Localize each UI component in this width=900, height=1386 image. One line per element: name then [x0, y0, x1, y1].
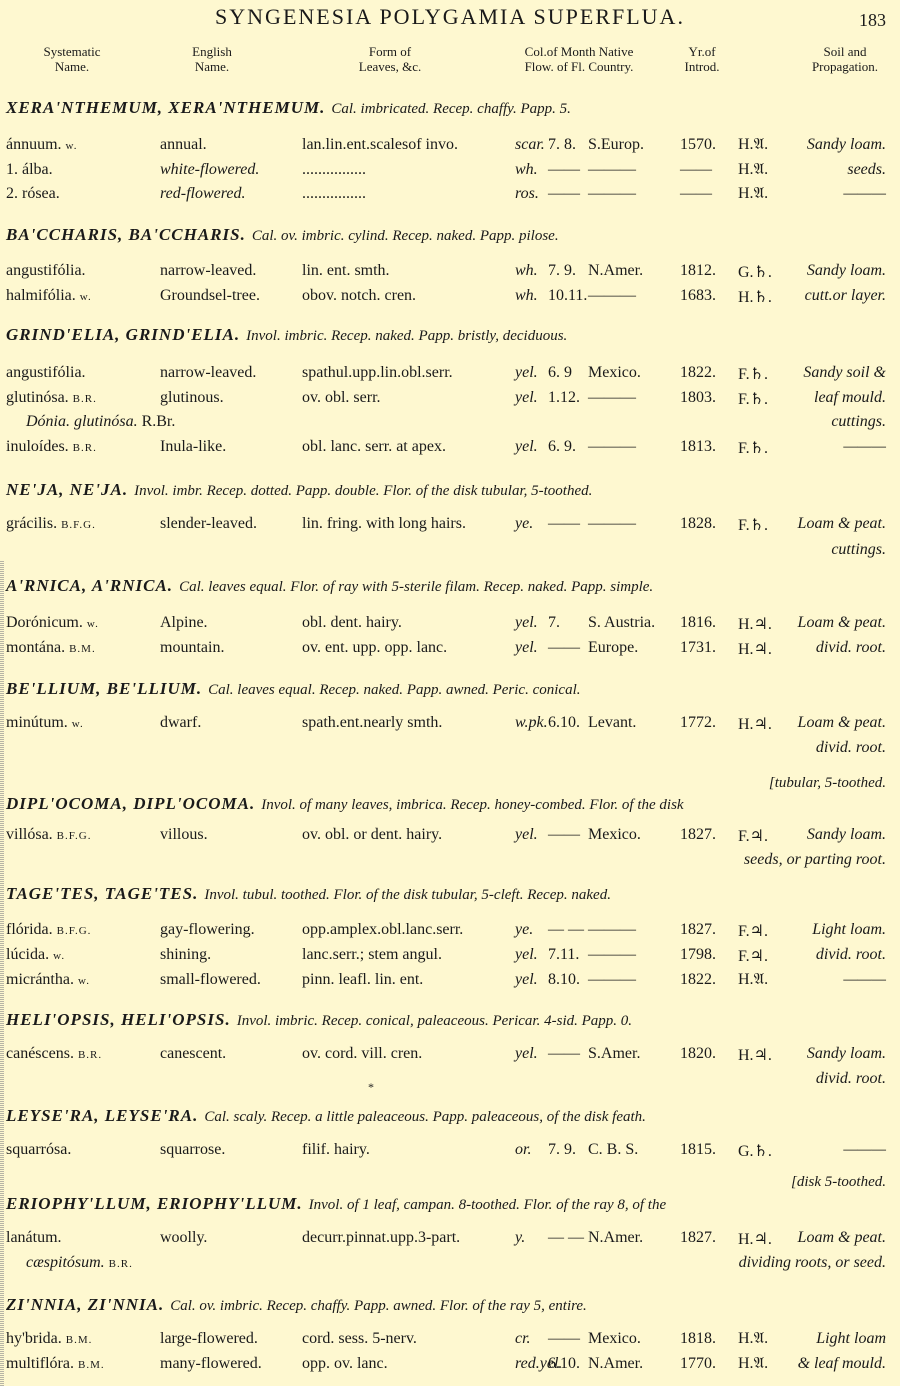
species-row: 2. rósea.red-flowered.................ro… — [0, 185, 900, 207]
leaf-form: ov. cord. vill. cren. — [302, 1045, 422, 1063]
systematic-name: minútum. w. — [6, 714, 84, 732]
soil-propagation: Light loam — [816, 1330, 886, 1348]
habit-symbol-icon: 𝔄. — [754, 136, 769, 153]
habit-symbol-icon: ♃. — [750, 948, 768, 965]
genus-heading: TAGE'TES, TAGE'TES.Invol. tubul. toothed… — [6, 884, 611, 904]
native-country: ——— — [588, 161, 636, 179]
english-name: white-flowered. — [160, 161, 259, 179]
leaf-form: lin. fring. with long hairs. — [302, 515, 466, 533]
systematic-name: 2. rósea. — [6, 185, 60, 203]
soil-propagation: Light loam. — [812, 921, 886, 939]
habit-letter: H. — [738, 971, 754, 988]
authority: w. — [53, 950, 65, 962]
soil-propagation: divid. root. — [816, 739, 886, 757]
native-country: N.Amer. — [588, 262, 643, 280]
english-name: woolly. — [160, 1229, 207, 1247]
soil-propagation: Loam & peat. — [798, 515, 886, 533]
soil-propagation: Sandy loam. — [807, 136, 886, 154]
synonym-authority: B.R. — [109, 1258, 133, 1270]
genus-description: Cal. scaly. Recep. a little paleaceous. … — [204, 1109, 646, 1125]
flower-colour: w.pk. — [515, 714, 548, 732]
page-title: SYNGENESIA POLYGAMIA SUPERFLUA. — [0, 4, 900, 30]
species-name: micrántha. — [6, 971, 74, 988]
synonym-name: cæspitósum. — [26, 1254, 105, 1271]
soil-propagation: ——— — [843, 185, 886, 203]
habit-symbol-icon: ♃. — [750, 828, 768, 845]
flowering-month: —— — [548, 826, 580, 844]
habit: F.♃. — [738, 946, 768, 966]
genus-description: Cal. ov. imbric. cylind. Recep. naked. P… — [252, 228, 559, 244]
genus-name: LEYSE'RA, LEYSE'RA. — [6, 1106, 198, 1125]
systematic-name: glutinósa. B.R. — [6, 389, 97, 407]
species-row: inuloídes. B.R.Inula-like.obl. lanc. ser… — [0, 438, 900, 460]
year-introduced: 1828. — [680, 515, 716, 533]
column-header-year-introduced: Yr.of Introd. — [672, 44, 732, 74]
species-name: angustifólia. — [6, 262, 86, 279]
genus-heading: GRIND'ELIA, GRIND'ELIA.Invol. imbric. Re… — [6, 325, 567, 345]
systematic-name: hy'brida. B.M. — [6, 1330, 92, 1348]
english-name: annual. — [160, 136, 207, 154]
leaf-form: filif. hairy. — [302, 1141, 370, 1159]
genus-description: Invol. imbr. Recep. dotted. Papp. double… — [134, 483, 592, 499]
flowering-month: 7.11. — [548, 946, 579, 964]
native-country: ——— — [588, 287, 636, 305]
leaf-form: cord. sess. 5-nerv. — [302, 1330, 417, 1348]
habit: H.♃. — [738, 714, 772, 734]
flowering-month: —— — [548, 161, 580, 179]
habit: H.𝔄. — [738, 185, 768, 203]
genus-heading: BA'CCHARIS, BA'CCHARIS.Cal. ov. imbric. … — [6, 225, 559, 245]
header-line: Propagation. — [790, 59, 900, 74]
soil-propagation: Loam & peat. — [798, 714, 886, 732]
habit-symbol-icon: 𝔄. — [754, 971, 769, 988]
leaf-form: spathul.upp.lin.obl.serr. — [302, 364, 453, 382]
synonym: cæspitósum. B.R. — [26, 1254, 133, 1272]
systematic-name: multiflóra. B.M. — [6, 1355, 105, 1373]
species-row: halmifólia. w.Groundsel-tree.obov. notch… — [0, 287, 900, 309]
flower-colour: yel. — [515, 971, 538, 989]
flowering-month: 6.10. — [548, 1355, 580, 1373]
habit-letter: F. — [738, 366, 750, 383]
continuation-bracket: [disk 5-toothed. — [791, 1174, 886, 1191]
systematic-name: Dorónicum. w. — [6, 614, 99, 632]
page-number: 183 — [859, 10, 886, 31]
habit-letter: G. — [738, 1143, 754, 1160]
genus-heading: ZI'NNIA, ZI'NNIA.Cal. ov. imbric. Recep.… — [6, 1295, 587, 1315]
systematic-name: canéscens. B.R. — [6, 1045, 102, 1063]
habit-symbol-icon: 𝔄. — [754, 185, 769, 202]
column-header-colour-month-country: Col.of Month Native Flow. of Fl. Country… — [494, 44, 664, 74]
species-name: lúcida. — [6, 946, 49, 963]
habit-symbol-icon: ♄. — [750, 366, 768, 383]
authority: B.F.G. — [57, 830, 92, 842]
native-country: S. Austria. — [588, 614, 655, 632]
systematic-name: 1. álba. — [6, 161, 53, 179]
flower-colour: y. — [515, 1229, 525, 1247]
systematic-name: lúcida. w. — [6, 946, 65, 964]
systematic-name: squarrósa. — [6, 1141, 71, 1159]
flowering-month: —— — [548, 515, 580, 533]
species-name: multiflóra. — [6, 1355, 74, 1372]
soil-propagation: leaf mould. — [814, 389, 886, 407]
english-name: shining. — [160, 946, 211, 964]
soil-propagation: cutt.or layer. — [805, 287, 886, 305]
leaf-form: obl. dent. hairy. — [302, 614, 402, 632]
year-introduced: —— — [680, 185, 712, 203]
habit-letter: H. — [738, 616, 754, 633]
species-row: ánnuum. w.annual.lan.lin.ent.scalesof in… — [0, 136, 900, 158]
leaf-form: ................ — [302, 161, 366, 179]
flower-colour: scar. — [515, 136, 545, 154]
habit: H.♃. — [738, 1045, 772, 1065]
flowering-month: 1.12. — [548, 389, 580, 407]
english-name: glutinous. — [160, 389, 224, 407]
native-country: ——— — [588, 971, 636, 989]
species-row: lúcida. w.shining.lanc.serr.; stem angul… — [0, 946, 900, 968]
species-name: 2. rósea. — [6, 185, 60, 202]
soil-propagation: Sandy loam. — [807, 826, 886, 844]
habit: G.♄. — [738, 262, 772, 282]
native-country: ——— — [588, 515, 636, 533]
habit: H.♃. — [738, 614, 772, 634]
systematic-name: grácilis. B.F.G. — [6, 515, 96, 533]
soil-propagation: divid. root. — [816, 1070, 886, 1088]
genus-heading: ERIOPHY'LLUM, ERIOPHY'LLUM.Invol. of 1 l… — [6, 1194, 666, 1214]
flower-colour: ye. — [515, 515, 533, 533]
habit-letter: H. — [738, 1330, 754, 1347]
english-name: slender-leaved. — [160, 515, 257, 533]
species-row: divid. root. — [0, 739, 900, 761]
year-introduced: 1827. — [680, 921, 716, 939]
year-introduced: 1822. — [680, 971, 716, 989]
species-name: inuloídes. — [6, 438, 69, 455]
species-name: 1. álba. — [6, 161, 53, 178]
genus-heading: XERA'NTHEMUM, XERA'NTHEMUM.Cal. imbricat… — [6, 98, 571, 118]
english-name: Groundsel-tree. — [160, 287, 260, 305]
soil-propagation: seeds. — [847, 161, 886, 179]
year-introduced: 1731. — [680, 639, 716, 657]
systematic-name: lanátum. — [6, 1229, 62, 1247]
genus-name: DIPL'OCOMA, DIPL'OCOMA. — [6, 794, 255, 813]
habit: H.𝔄. — [738, 971, 768, 989]
english-name: dwarf. — [160, 714, 201, 732]
authority: B.R. — [73, 393, 97, 405]
synonym: Dónia. glutinósa. R.Br. — [26, 413, 175, 431]
native-country: ——— — [588, 946, 636, 964]
genus-name: NE'JA, NE'JA. — [6, 480, 128, 499]
systematic-name: montána. B.M. — [6, 639, 96, 657]
genus-heading: HELI'OPSIS, HELI'OPSIS.Invol. imbric. Re… — [6, 1010, 632, 1030]
genus-name: XERA'NTHEMUM, XERA'NTHEMUM. — [6, 98, 325, 117]
habit-letter: H. — [738, 1355, 754, 1372]
leaf-form: decurr.pinnat.upp.3-part. — [302, 1229, 460, 1247]
habit-letter: F. — [738, 517, 750, 534]
leaf-form: obov. notch. cren. — [302, 287, 416, 305]
habit-letter: H. — [738, 136, 754, 153]
native-country: Mexico. — [588, 1330, 641, 1348]
year-introduced: 1570. — [680, 136, 716, 154]
flower-colour: yel. — [515, 639, 538, 657]
flower-colour: yel. — [515, 364, 538, 382]
soil-propagation: ——— — [843, 971, 886, 989]
year-introduced: —— — [680, 161, 712, 179]
genus-description: Cal. leaves equal. Recep. naked. Papp. a… — [208, 682, 580, 698]
flower-colour: yel. — [515, 389, 538, 407]
flowering-month: —— — [548, 185, 580, 203]
synonym-authority: R.Br. — [142, 413, 176, 430]
authority: w. — [66, 140, 78, 152]
systematic-name: ánnuum. w. — [6, 136, 78, 154]
column-header-form-of-leaves: Form of Leaves, &c. — [335, 44, 445, 74]
authority: B.R. — [73, 442, 97, 454]
leaf-form: spath.ent.nearly smth. — [302, 714, 442, 732]
genus-name: BA'CCHARIS, BA'CCHARIS. — [6, 225, 246, 244]
soil-propagation: ——— — [843, 1141, 886, 1159]
habit-letter: H. — [738, 185, 754, 202]
english-name: Inula-like. — [160, 438, 226, 456]
english-name: canescent. — [160, 1045, 226, 1063]
systematic-name: angustifólia. — [6, 364, 86, 382]
habit-symbol-icon: ♄. — [750, 440, 768, 457]
year-introduced: 1812. — [680, 262, 716, 280]
habit-symbol-icon: ♃. — [754, 716, 772, 733]
year-introduced: 1827. — [680, 826, 716, 844]
header-line: Soil and — [790, 44, 900, 59]
systematic-name: villósa. B.F.G. — [6, 826, 91, 844]
habit-letter: H. — [738, 641, 754, 658]
flower-colour: yel. — [515, 614, 538, 632]
leaf-form: lan.lin.ent.scalesof invo. — [302, 136, 458, 154]
genus-heading: BE'LLIUM, BE'LLIUM.Cal. leaves equal. Re… — [6, 679, 581, 699]
flower-colour: ye. — [515, 921, 533, 939]
habit: H.𝔄. — [738, 1355, 768, 1373]
flowering-month: 7. 9. — [548, 1141, 576, 1159]
flowering-month: — — — [548, 1229, 584, 1247]
english-name: squarrose. — [160, 1141, 225, 1159]
flowering-month: 6. 9 — [548, 364, 572, 382]
habit: H.♄. — [738, 287, 772, 307]
printer-mark: * — [368, 1080, 374, 1095]
species-row: villósa. B.F.G.villous.ov. obl. or dent.… — [0, 826, 900, 848]
year-introduced: 1827. — [680, 1229, 716, 1247]
year-introduced: 1772. — [680, 714, 716, 732]
header-line: Yr.of — [672, 44, 732, 59]
habit: F.♄. — [738, 515, 768, 535]
soil-propagation: Sandy loam. — [807, 262, 886, 280]
habit-letter: G. — [738, 264, 754, 281]
leaf-form: ................ — [302, 185, 366, 203]
english-name: many-flowered. — [160, 1355, 262, 1373]
species-row: lanátum.woolly.decurr.pinnat.upp.3-part.… — [0, 1229, 900, 1251]
year-introduced: 1816. — [680, 614, 716, 632]
continuation-bracket: [tubular, 5-toothed. — [769, 775, 886, 792]
genus-name: GRIND'ELIA, GRIND'ELIA. — [6, 325, 240, 344]
leaf-form: pinn. leafl. lin. ent. — [302, 971, 423, 989]
soil-propagation: dividing roots, or seed. — [739, 1254, 886, 1272]
systematic-name: halmifólia. w. — [6, 287, 92, 305]
habit-symbol-icon: ♃. — [754, 641, 772, 658]
habit: H.♃. — [738, 639, 772, 659]
habit-letter: H. — [738, 1231, 754, 1248]
species-name: angustifólia. — [6, 364, 86, 381]
species-name: grácilis. — [6, 515, 57, 532]
native-country: C. B. S. — [588, 1141, 638, 1159]
year-introduced: 1813. — [680, 438, 716, 456]
genus-heading: NE'JA, NE'JA.Invol. imbr. Recep. dotted.… — [6, 480, 592, 500]
year-introduced: 1770. — [680, 1355, 716, 1373]
species-row: 1. álba.white-flowered.................w… — [0, 161, 900, 183]
flowering-month: 7. 8. — [548, 136, 576, 154]
genus-name: ZI'NNIA, ZI'NNIA. — [6, 1295, 164, 1314]
soil-propagation: cuttings. — [831, 413, 886, 431]
genus-heading: LEYSE'RA, LEYSE'RA.Cal. scaly. Recep. a … — [6, 1106, 646, 1126]
systematic-name: angustifólia. — [6, 262, 86, 280]
flower-colour: wh. — [515, 161, 538, 179]
genus-description: Invol. tubul. toothed. Flor. of the disk… — [204, 887, 611, 903]
soil-propagation: divid. root. — [816, 639, 886, 657]
authority: w. — [78, 975, 90, 987]
header-line: English — [162, 44, 262, 59]
native-country: Mexico. — [588, 826, 641, 844]
header-line: Systematic — [22, 44, 122, 59]
flower-colour: yel. — [515, 946, 538, 964]
flowering-month: 8.10. — [548, 971, 580, 989]
authority: B.M. — [69, 643, 96, 655]
habit-letter: F. — [738, 391, 750, 408]
header-line: Name. — [162, 59, 262, 74]
soil-propagation: cuttings. — [831, 541, 886, 559]
habit-symbol-icon: ♄. — [754, 1143, 772, 1160]
habit-symbol-icon: ♃. — [754, 616, 772, 633]
header-line: Form of — [335, 44, 445, 59]
genus-description: Invol. of 1 leaf, campan. 8-toothed. Flo… — [309, 1197, 666, 1213]
species-name: montána. — [6, 639, 65, 656]
flowering-month: 10.11. — [548, 287, 587, 305]
genus-heading: A'RNICA, A'RNICA.Cal. leaves equal. Flor… — [6, 576, 653, 596]
header-line: Col.of Month Native — [494, 44, 664, 59]
flowering-month: —— — [548, 639, 580, 657]
genus-name: ERIOPHY'LLUM, ERIOPHY'LLUM. — [6, 1194, 303, 1213]
soil-propagation: seeds, or parting root. — [744, 851, 886, 869]
habit-letter: F. — [738, 923, 750, 940]
species-row: montána. B.M.mountain.ov. ent. upp. opp.… — [0, 639, 900, 661]
native-country: S.Amer. — [588, 1045, 640, 1063]
flowering-month: 7. 9. — [548, 262, 576, 280]
soil-propagation: Sandy loam. — [807, 1045, 886, 1063]
native-country: ——— — [588, 389, 636, 407]
leaf-form: ov. ent. upp. opp. lanc. — [302, 639, 447, 657]
authority: w. — [72, 718, 84, 730]
leaf-form: lin. ent. smth. — [302, 262, 390, 280]
species-row: canéscens. B.R.canescent.ov. cord. vill.… — [0, 1045, 900, 1067]
habit-letter: F. — [738, 948, 750, 965]
year-introduced: 1683. — [680, 287, 716, 305]
habit: H.𝔄. — [738, 161, 768, 179]
habit-symbol-icon: ♃. — [754, 1047, 772, 1064]
column-header-english-name: English Name. — [162, 44, 262, 74]
flower-colour: or. — [515, 1141, 531, 1159]
flower-colour: yel. — [515, 438, 538, 456]
habit: F.♃. — [738, 826, 768, 846]
habit-symbol-icon: ♄. — [754, 289, 772, 306]
species-row: grácilis. B.F.G.slender-leaved.lin. frin… — [0, 515, 900, 537]
english-name: gay-flowering. — [160, 921, 255, 939]
native-country: Europe. — [588, 639, 638, 657]
flower-colour: yel. — [515, 826, 538, 844]
flowering-month: —— — [548, 1330, 580, 1348]
genus-description: Cal. ov. imbric. Recep. chaffy. Papp. aw… — [170, 1298, 587, 1314]
column-header-systematic-name: Systematic Name. — [22, 44, 122, 74]
leaf-form: opp.amplex.obl.lanc.serr. — [302, 921, 463, 939]
habit: G.♄. — [738, 1141, 772, 1161]
flower-colour: wh. — [515, 287, 538, 305]
native-country: Levant. — [588, 714, 636, 732]
species-name: glutinósa. — [6, 389, 69, 406]
authority: w. — [87, 618, 99, 630]
species-row: Dorónicum. w.Alpine.obl. dent. hairy.yel… — [0, 614, 900, 636]
species-row: glutinósa. B.R.glutinous.ov. obl. serr.y… — [0, 389, 900, 411]
authority: B.F.G. — [61, 519, 96, 531]
flower-colour: cr. — [515, 1330, 531, 1348]
species-name: villósa. — [6, 826, 53, 843]
habit-letter: H. — [738, 1047, 754, 1064]
habit: F.♃. — [738, 921, 768, 941]
soil-propagation: Loam & peat. — [798, 1229, 886, 1247]
leaf-form: lanc.serr.; stem angul. — [302, 946, 442, 964]
soil-propagation: ——— — [843, 438, 886, 456]
species-name: squarrósa. — [6, 1141, 71, 1158]
species-row: cæspitósum. B.R.dividing roots, or seed. — [0, 1254, 900, 1276]
genus-description: Cal. leaves equal. Flor. of ray with 5-s… — [179, 579, 653, 595]
species-name: flórida. — [6, 921, 53, 938]
soil-propagation: Sandy soil & — [803, 364, 886, 382]
english-name: narrow-leaved. — [160, 262, 256, 280]
year-introduced: 1820. — [680, 1045, 716, 1063]
genus-heading: DIPL'OCOMA, DIPL'OCOMA.Invol. of many le… — [6, 794, 684, 814]
flowering-month: — — — [548, 921, 584, 939]
authority: B.R. — [78, 1049, 102, 1061]
habit: F.♄. — [738, 389, 768, 409]
flower-colour: ros. — [515, 185, 539, 203]
soil-propagation: Loam & peat. — [798, 614, 886, 632]
species-row: Dónia. glutinósa. R.Br.cuttings. — [0, 413, 900, 435]
flower-colour: yel. — [515, 1045, 538, 1063]
native-country: ——— — [588, 438, 636, 456]
english-name: red-flowered. — [160, 185, 245, 203]
leaf-form: obl. lanc. serr. at apex. — [302, 438, 446, 456]
habit-letter: F. — [738, 440, 750, 457]
habit: H.𝔄. — [738, 136, 768, 154]
species-row: hy'brida. B.M.large-flowered.cord. sess.… — [0, 1330, 900, 1352]
authority: B.M. — [78, 1359, 105, 1371]
species-row: multiflóra. B.M.many-flowered.opp. ov. l… — [0, 1355, 900, 1377]
english-name: mountain. — [160, 639, 224, 657]
column-header-soil-propagation: Soil and Propagation. — [790, 44, 900, 74]
synonym-name: Dónia. glutinósa. — [26, 413, 138, 430]
year-introduced: 1815. — [680, 1141, 716, 1159]
native-country: ——— — [588, 921, 636, 939]
species-row: micrántha. w.small-flowered.pinn. leafl.… — [0, 971, 900, 993]
habit-symbol-icon: ♄. — [750, 391, 768, 408]
year-introduced: 1818. — [680, 1330, 716, 1348]
flowering-month: —— — [548, 1045, 580, 1063]
leaf-form: ov. obl. serr. — [302, 389, 381, 407]
native-country: Mexico. — [588, 364, 641, 382]
habit-symbol-icon: 𝔄. — [754, 1355, 769, 1372]
species-row: flórida. B.F.G.gay-flowering.opp.amplex.… — [0, 921, 900, 943]
habit: F.♄. — [738, 438, 768, 458]
english-name: large-flowered. — [160, 1330, 258, 1348]
